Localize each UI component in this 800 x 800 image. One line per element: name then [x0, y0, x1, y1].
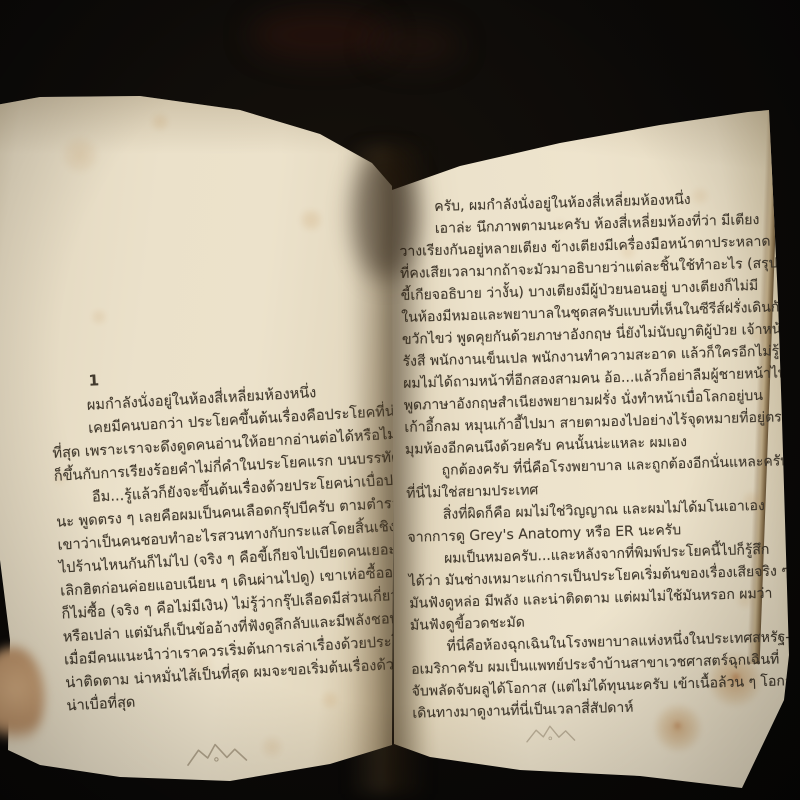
- background-blur-blob: [370, 25, 460, 65]
- mountain-ornament-icon: [184, 739, 250, 768]
- background-blur-blob: [250, 10, 390, 60]
- mountain-ornament-icon: [525, 723, 578, 745]
- foxing-spot: [90, 308, 108, 326]
- right-page-text: ครับ, ผมกำลังนั่งอยู่ในห้องสี่เหลี่ยมห้อ…: [398, 187, 781, 725]
- foxing-spot: [260, 735, 284, 759]
- right-page: ครับ, ผมกำลังนั่งอยู่ในห้องสี่เหลี่ยมห้อ…: [385, 100, 800, 800]
- foxing-spot: [298, 207, 324, 233]
- foxing-spot: [60, 135, 100, 175]
- foxing-spot: [150, 112, 170, 132]
- book-photo: 1 ผมกำลังนั่งอยู่ในห้องสี่เหลี่ยมห้องหนึ…: [0, 0, 800, 800]
- page-gutter-top-shadow: [352, 150, 418, 280]
